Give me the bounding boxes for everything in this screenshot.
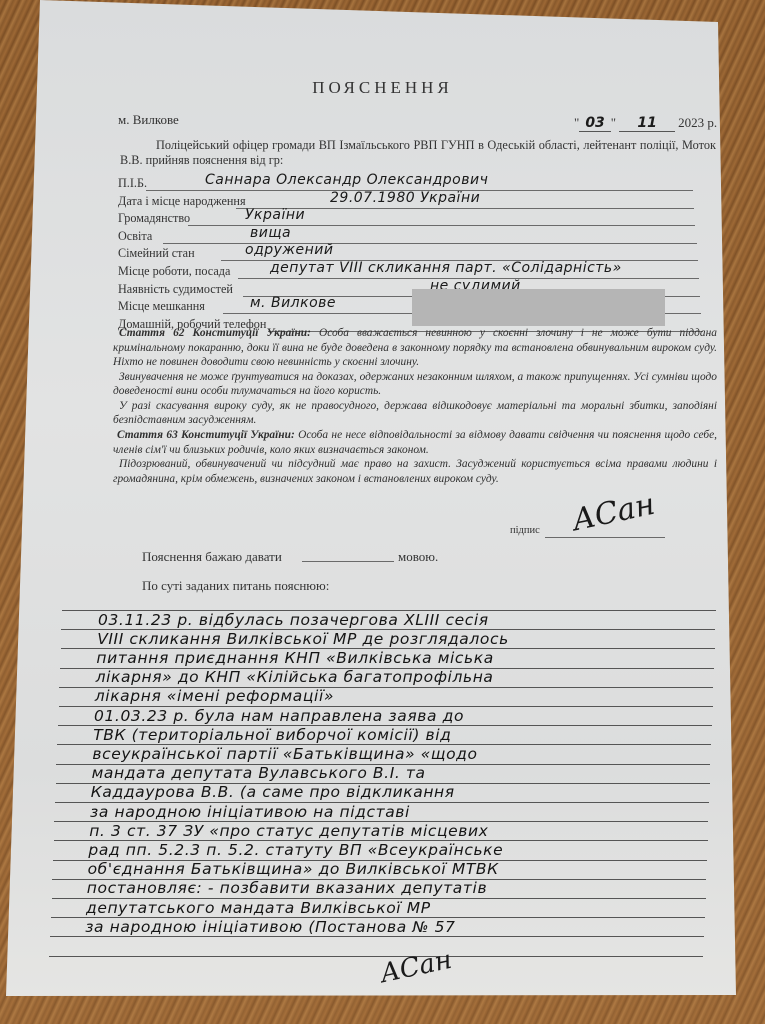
field-label: П.І.Б.	[118, 176, 147, 191]
field-value: одружений	[245, 242, 334, 258]
redaction-box	[412, 289, 665, 326]
document-title: ПОЯСНЕННЯ	[0, 78, 765, 98]
field-label: Місце роботи, посада	[118, 264, 230, 279]
field-label: Сімейний стан	[118, 246, 195, 261]
document-date: "03" 11 2023 р.	[574, 115, 717, 132]
language-suffix: мовою.	[398, 549, 438, 565]
date-day: 03	[579, 115, 610, 132]
article-63-paragraph-2: Підозрюваний, обвинувачений чи підсудний…	[113, 457, 717, 486]
field-underline	[163, 243, 697, 244]
article-62-paragraph-3: У разі скасування вироку суду, як не пра…	[113, 399, 717, 428]
bottom-signature: АСан	[378, 945, 455, 989]
handwritten-line: Каддаурова В.В. (а саме про відкликання	[91, 784, 455, 801]
handwritten-line: за народною ініціативою на підставі	[90, 803, 410, 820]
field-value: вища	[250, 225, 291, 241]
handwritten-line: об'єднання Батьківщина» до Вилківської М…	[88, 861, 499, 878]
handwritten-line: лікарня» до КНП «Кілійська багатопрофіль…	[96, 669, 494, 686]
article-62-heading: Стаття 62 Конституції України:	[119, 327, 311, 339]
handwritten-line: ТВК (територіальної виборчої комісії) ві…	[93, 726, 451, 743]
date-month: 11	[619, 115, 674, 132]
signature-mark: АСан	[569, 487, 658, 539]
handwritten-line: за народною ініціативою (Постанова № 57	[85, 918, 455, 935]
handwritten-line: 03.11.23 р. відбулась позачергова XLIII …	[98, 611, 489, 628]
city-label: м. Вилкове	[118, 112, 179, 128]
field-label: Дата і місце народження	[118, 194, 246, 209]
handwritten-line: мандата депутата Вулавського В.І. та	[92, 765, 426, 782]
date-year: 2023 р.	[678, 115, 717, 130]
field-value: України	[245, 207, 305, 223]
ruled-line	[50, 936, 704, 937]
field-value: 29.07.1980 України	[330, 190, 480, 206]
article-63-heading: Стаття 63 Конституції України:	[117, 429, 295, 441]
questions-label: По суті заданих питань пояснюю:	[142, 578, 329, 594]
field-label: Освіта	[118, 229, 152, 244]
handwritten-line: лікарня «імені реформації»	[95, 688, 334, 705]
article-62: Стаття 62 Конституції України: Особа вва…	[113, 326, 717, 428]
ruled-line	[49, 956, 703, 957]
handwritten-line: постановляє: - позбавити вказаних депута…	[87, 880, 487, 897]
signature-label: підпис	[510, 525, 540, 536]
signature-line	[545, 537, 665, 538]
handwritten-line: рад пп. 5.2.3 п. 5.2. статуту ВП «Всеукр…	[88, 841, 503, 858]
field-label: Місце мешкання	[118, 299, 205, 314]
handwritten-line: 01.03.23 р. була нам направлена заява до	[94, 707, 464, 724]
language-prefix: Пояснення бажаю давати	[142, 549, 282, 565]
field-value: Саннара Олександр Олександрович	[205, 172, 488, 188]
field-label: Наявність судимостей	[118, 282, 233, 297]
field-value: депутат VIII скликання парт. «Солідарніс…	[270, 260, 622, 276]
handwritten-line: депутатського мандата Вилківської МР	[86, 899, 431, 916]
handwritten-line: VIII скликання Вилківської МР де розгляд…	[97, 630, 509, 647]
handwritten-line: п. 3 ст. 37 ЗУ «про статус депутатів міс…	[89, 822, 488, 839]
handwritten-line: всеукраїнської партії «Батьківщина» «щод…	[92, 745, 477, 762]
field-value: м. Вилкове	[250, 295, 336, 311]
language-blank	[302, 561, 394, 562]
article-62-paragraph-2: Звинувачення не може ґрунтуватися на док…	[113, 370, 717, 399]
intro-paragraph: Поліцейський офіцер громади ВП Ізмаїльсь…	[120, 138, 716, 168]
document-page: ПОЯСНЕННЯ м. Вилкове "03" 11 2023 р. Пол…	[0, 0, 765, 1024]
article-63: Стаття 63 Конституції України: Особа не …	[113, 428, 717, 486]
field-label: Громадянство	[118, 211, 190, 226]
handwritten-line: питання приєднання КНП «Вилківська міськ…	[96, 649, 493, 666]
